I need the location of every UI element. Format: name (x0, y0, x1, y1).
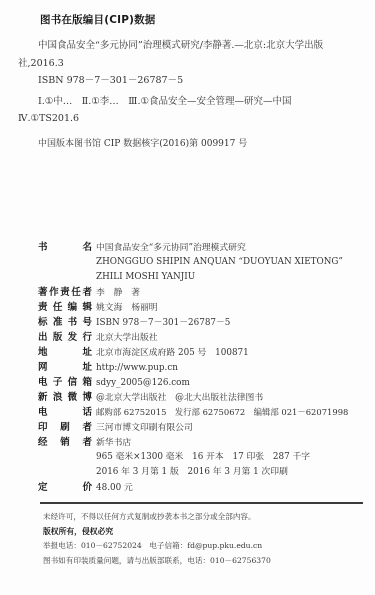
quality-contact: 图书如有印装质量问题，请与出版部联系，电话：010－62756370 (43, 554, 271, 569)
email-value: sdyy_2005@126.com (96, 376, 368, 391)
info-label-title: 书 名 (38, 240, 96, 255)
price-value: 48.00 元 (96, 481, 368, 496)
info-row-publisher: 出 版 发 行 北京大学出版社 (38, 330, 368, 345)
publisher-value: 北京大学出版社 (96, 331, 368, 346)
info-row-address: 地 址 北京市海淀区成府路 205 号 100871 (38, 345, 368, 360)
cip-cn-record: 中国版本图书馆 CIP 数据核字(2016)第 009917 号 (38, 136, 247, 149)
book-title-pinyin-2: ZHILI MOSHI YANJIU (38, 270, 368, 285)
info-row-pinyin-1: ZHONGGUO SHIPIN ANQUAN “DUOYUAN XIETONG” (38, 255, 368, 270)
cip-title-line: 中国食品安全“多元协同”治理模式研究/李静著.—北京:北京大学出版 (18, 37, 363, 55)
cip-record: 中国食品安全“多元协同”治理模式研究/李静著.—北京:北京大学出版 社,2016… (18, 37, 363, 128)
editor-value: 姚文海 杨丽明 (96, 301, 368, 316)
info-row-website: 网 址 http://www.pup.cn (38, 360, 368, 375)
website-value: http://www.pup.cn (96, 361, 368, 376)
info-row-phone: 电 话 邮购部 62752015 发行部 62750672 编辑部 021－62… (38, 405, 368, 420)
info-row-author: 著 作 责 任 者 李 静 著 (38, 285, 368, 300)
info-label-email: 电 子 信 箱 (38, 375, 96, 390)
divider-rule (40, 502, 363, 504)
info-row-printer: 印 刷 者 三河市博文印刷有限公司 (38, 420, 368, 435)
cip-subject-line: Ⅰ.①中… Ⅱ.①李… Ⅲ.①食品安全—安全管理—研究—中国 (18, 93, 363, 111)
info-row-distributor: 经 销 者 新华书店 (38, 435, 368, 450)
info-row-isbn: 标 准 书 号 ISBN 978－7－301－26787－5 (38, 315, 368, 330)
info-row-title: 书 名 中国食品安全“多元协同”治理模式研究 (38, 240, 368, 255)
copyright-notice: 未经许可，不得以任何方式复制或抄袭本书之部分或全部内容。 版权所有，侵权必究 举… (43, 510, 271, 568)
edition-value: 2016 年 3 月第 1 版 2016 年 3 月第 1 次印刷 (38, 465, 368, 480)
info-label-isbn: 标 准 书 号 (38, 315, 96, 330)
printer-value: 三河市博文印刷有限公司 (96, 421, 368, 436)
info-row-weibo: 新 浪 微 博 @北京大学出版社 @北大出版社法律图书 (38, 390, 368, 405)
info-row-email: 电 子 信 箱 sdyy_2005@126.com (38, 375, 368, 390)
info-label-author: 著 作 责 任 者 (38, 285, 96, 300)
info-label-editor: 责 任 编 辑 (38, 300, 96, 315)
info-row-price: 定 价 48.00 元 (38, 480, 368, 495)
info-row-format: 965 毫米×1300 毫米 16 开本 17 印张 287 千字 (38, 450, 368, 465)
address-value: 北京市海淀区成府路 205 号 100871 (96, 346, 368, 361)
info-label-publisher: 出 版 发 行 (38, 330, 96, 345)
cip-publish-line: 社,2016.3 (18, 55, 363, 73)
cip-heading: 图书在版编目(CIP)数据 (40, 12, 156, 27)
info-row-editor: 责 任 编 辑 姚文海 杨丽明 (38, 300, 368, 315)
info-label-website: 网 址 (38, 360, 96, 375)
report-contact: 举报电话：010－62752024 电子信箱：fd@pup.pku.edu.cn (43, 539, 271, 554)
book-title: 中国食品安全“多元协同”治理模式研究 (96, 241, 368, 256)
info-row-edition: 2016 年 3 月第 1 版 2016 年 3 月第 1 次印刷 (38, 465, 368, 480)
info-row-pinyin-2: ZHILI MOSHI YANJIU (38, 270, 368, 285)
info-label-distributor: 经 销 者 (38, 435, 96, 450)
format-value: 965 毫米×1300 毫米 16 开本 17 印张 287 千字 (38, 450, 368, 465)
publication-info-table: 书 名 中国食品安全“多元协同”治理模式研究 ZHONGGUO SHIPIN A… (38, 240, 368, 495)
cip-isbn-line: ISBN 978－7－301－26787－5 (18, 72, 363, 90)
info-label-address: 地 址 (38, 345, 96, 360)
info-label-phone: 电 话 (38, 405, 96, 420)
rights-reserved: 版权所有，侵权必究 (43, 525, 271, 540)
weibo-value: @北京大学出版社 @北大出版社法律图书 (96, 391, 368, 406)
reproduction-notice: 未经许可，不得以任何方式复制或抄袭本书之部分或全部内容。 (43, 510, 271, 525)
phone-value: 邮购部 62752015 发行部 62750672 编辑部 021－620719… (96, 405, 368, 420)
info-label-price: 定 价 (38, 480, 96, 495)
info-label-printer: 印 刷 者 (38, 420, 96, 435)
book-title-pinyin-1: ZHONGGUO SHIPIN ANQUAN “DUOYUAN XIETONG” (38, 255, 368, 270)
author-value: 李 静 著 (96, 286, 368, 301)
isbn-value: ISBN 978－7－301－26787－5 (96, 316, 368, 331)
info-label-weibo: 新 浪 微 博 (38, 390, 96, 405)
distributor-value: 新华书店 (96, 436, 368, 451)
copyright-page: 图书在版编目(CIP)数据 中国食品安全“多元协同”治理模式研究/李静著.—北京… (0, 0, 375, 595)
cip-classification-line: Ⅳ.①TS201.6 (18, 110, 363, 128)
